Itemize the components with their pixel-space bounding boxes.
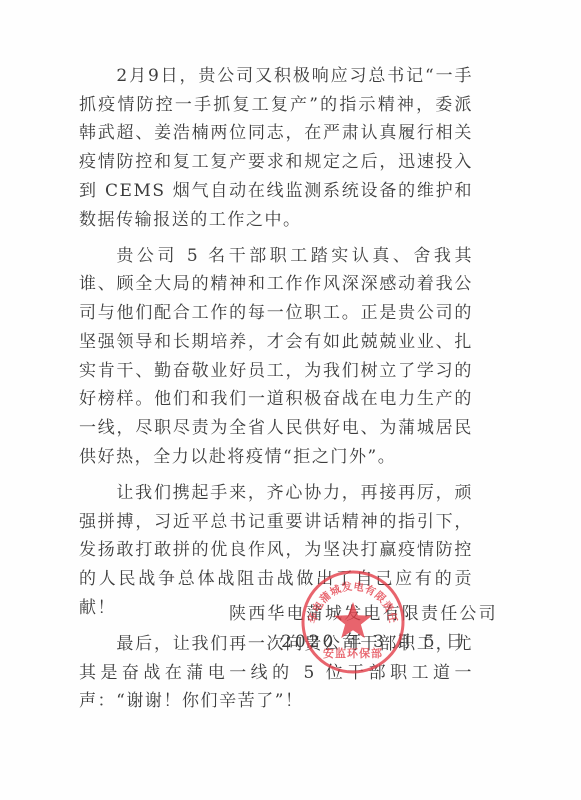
paragraph-1: 2月9日，贵公司又积极响应习总书记“一手抓疫情防控一手抓复工复产”的指示精神，委… — [79, 62, 473, 234]
document-page: 2月9日，贵公司又积极响应习总书记“一手抓疫情防控一手抓复工复产”的指示精神，委… — [0, 0, 581, 800]
paragraph-2: 贵公司 5 名干部职工踏实认真、舍我其谁、顾全大局的精神和工作作风深深感动着我公… — [79, 242, 473, 472]
closing-block: 陕西华电蒲城发电有限责任公司 2020 年 3 月 5 日 — [0, 600, 581, 660]
signature-date: 2020 年 3 月 5 日 — [281, 628, 466, 656]
signature-company: 陕西华电蒲城发电有限责任公司 — [229, 600, 498, 628]
